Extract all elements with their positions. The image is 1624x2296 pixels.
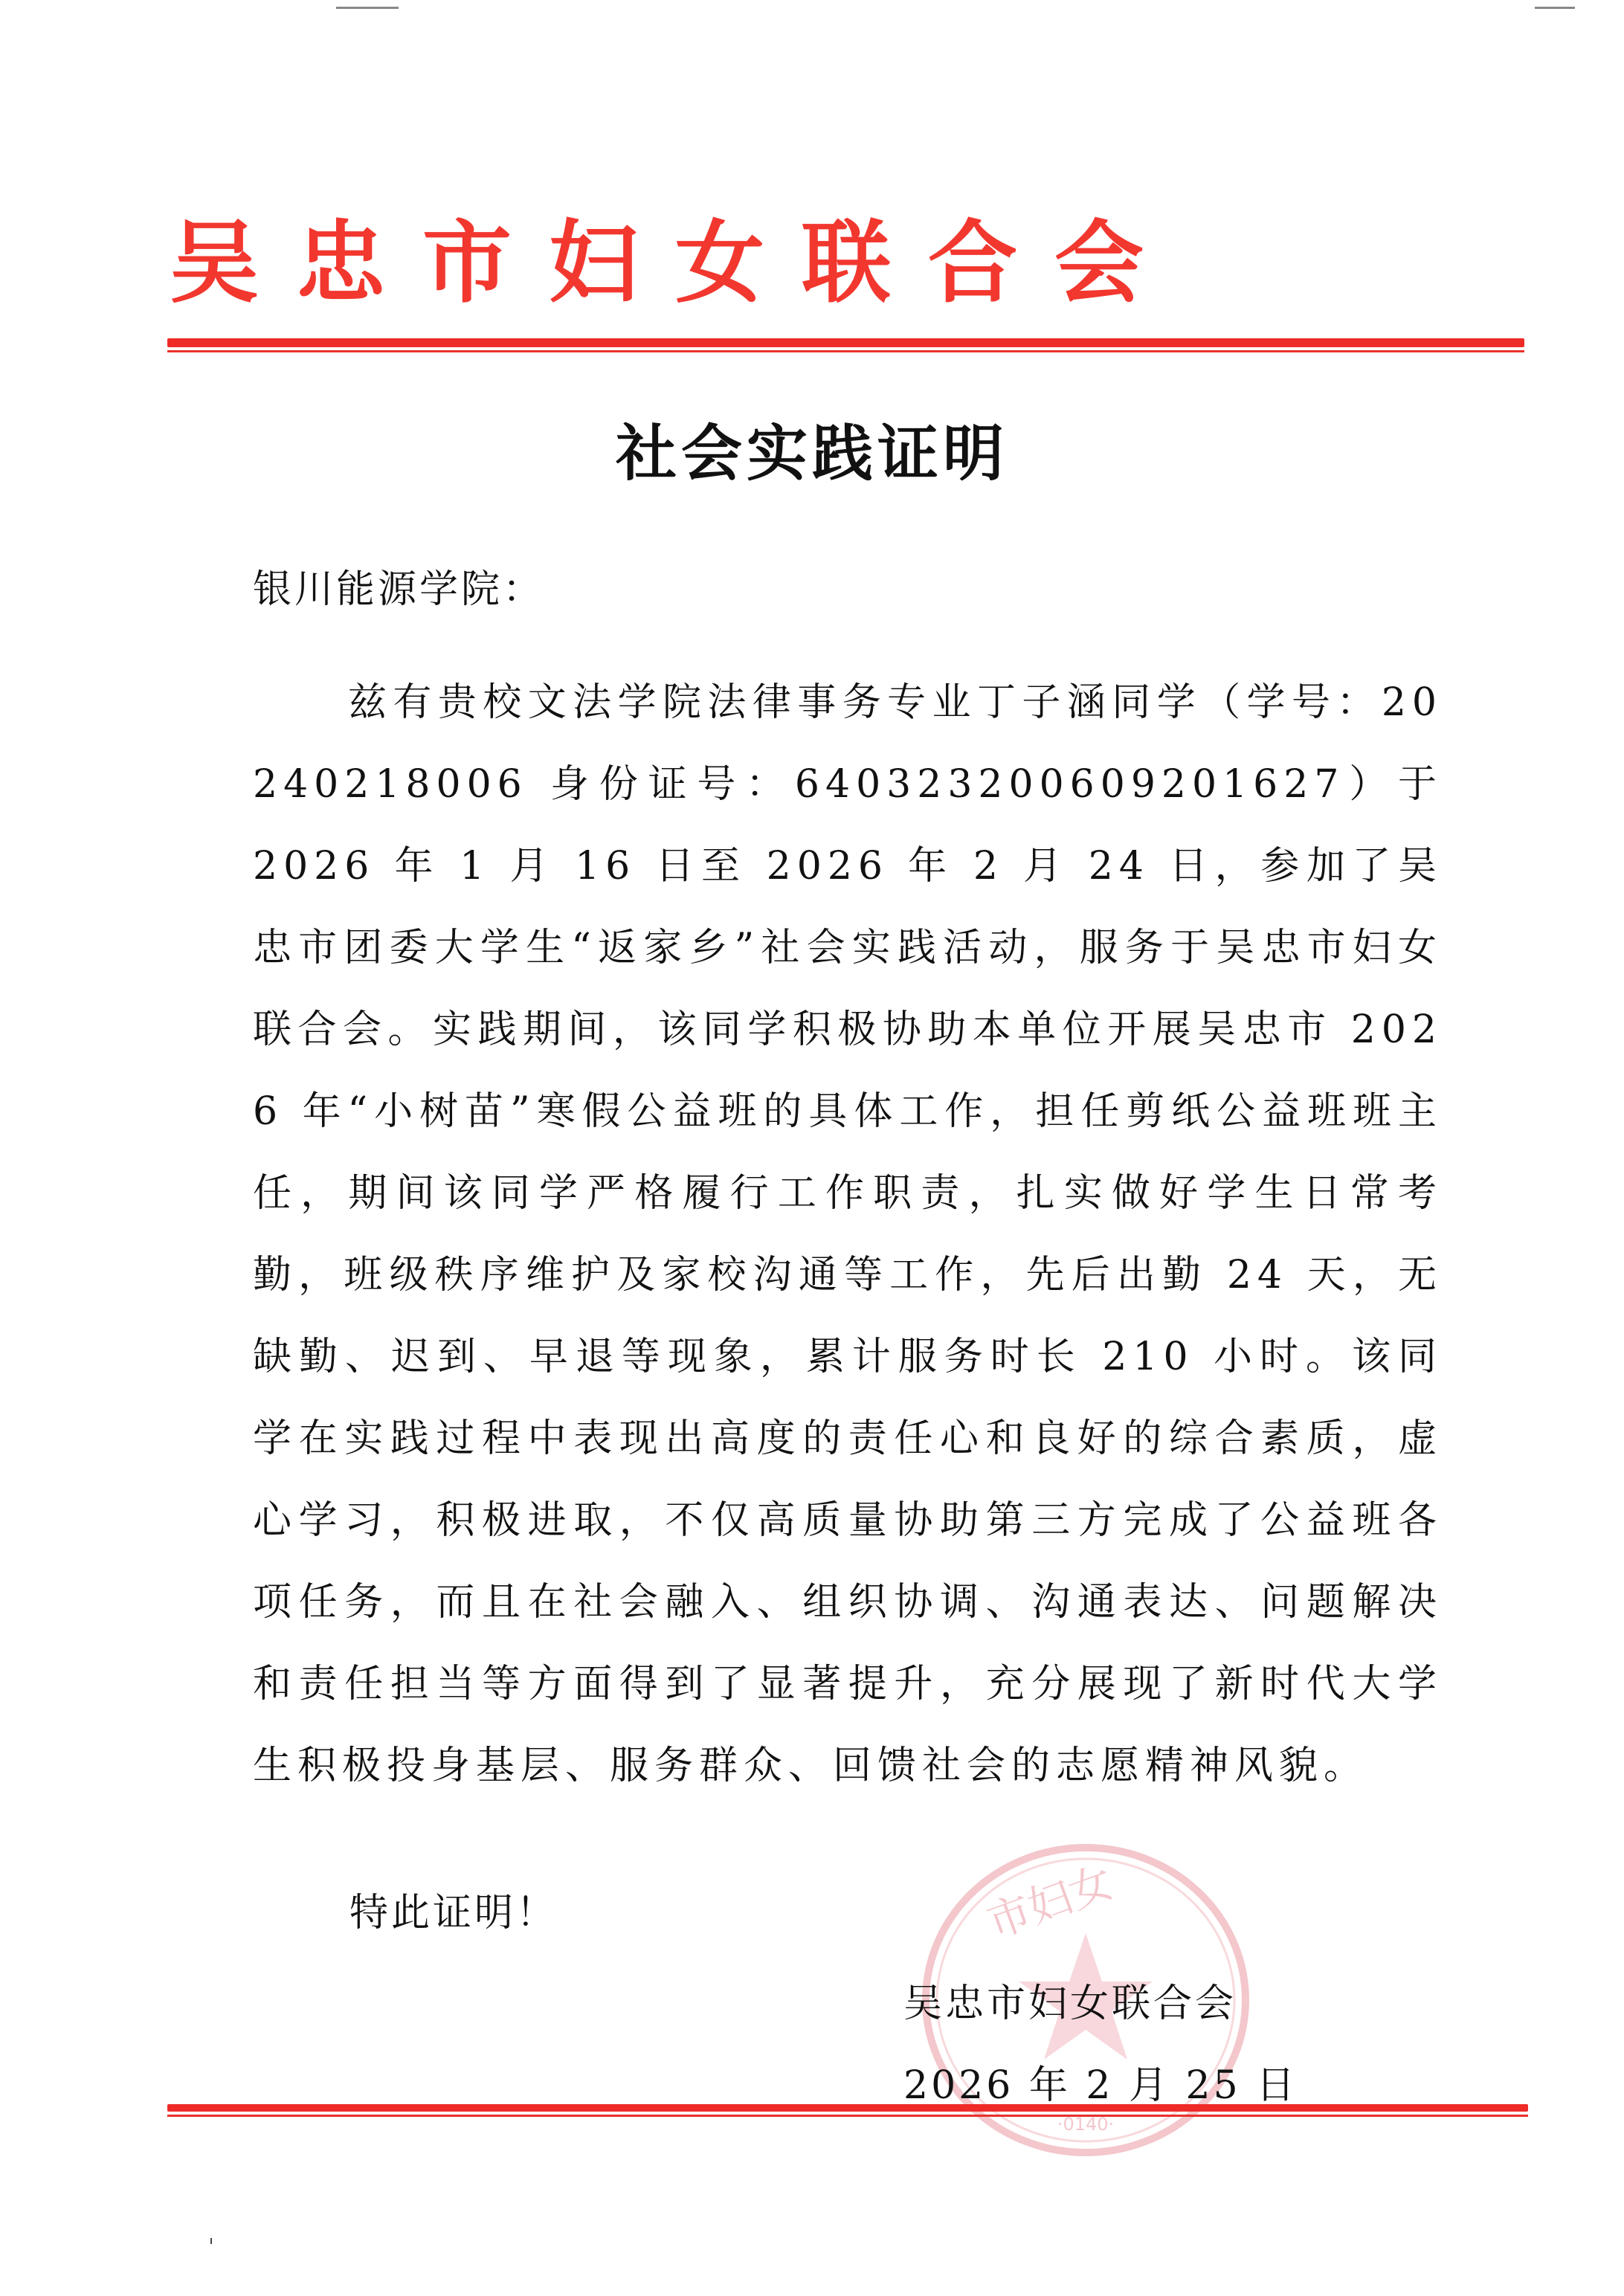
salutation: 银川能源学院： (253, 558, 544, 613)
footer-rule (167, 2104, 1528, 2117)
signature-block: 吴忠市妇女联合会 2026 年 2 月 25 日 (903, 1963, 1298, 2126)
scan-speck (210, 2238, 212, 2244)
signature-organization: 吴忠市妇女联合会 (903, 1963, 1298, 2045)
svg-text:市妇女: 市妇女 (981, 1857, 1120, 1948)
letterhead-rule-top (167, 338, 1524, 352)
document-title: 社会实践证明 (0, 405, 1624, 492)
letterhead-organization: 吴忠市妇女联合会 (170, 212, 1434, 316)
body-paragraph: 兹有贵校文法学院法律事务专业丁子涵同学（学号：20240218006 身份证号：… (253, 662, 1443, 1807)
scan-corner-mark (1535, 7, 1575, 9)
scan-corner-mark (336, 7, 399, 9)
document-page: 吴忠市妇女联合会 社会实践证明 银川能源学院： 兹有贵校文法学院法律事务专业丁子… (0, 0, 1624, 2296)
closing-remark: 特此证明！ (349, 1881, 558, 1937)
